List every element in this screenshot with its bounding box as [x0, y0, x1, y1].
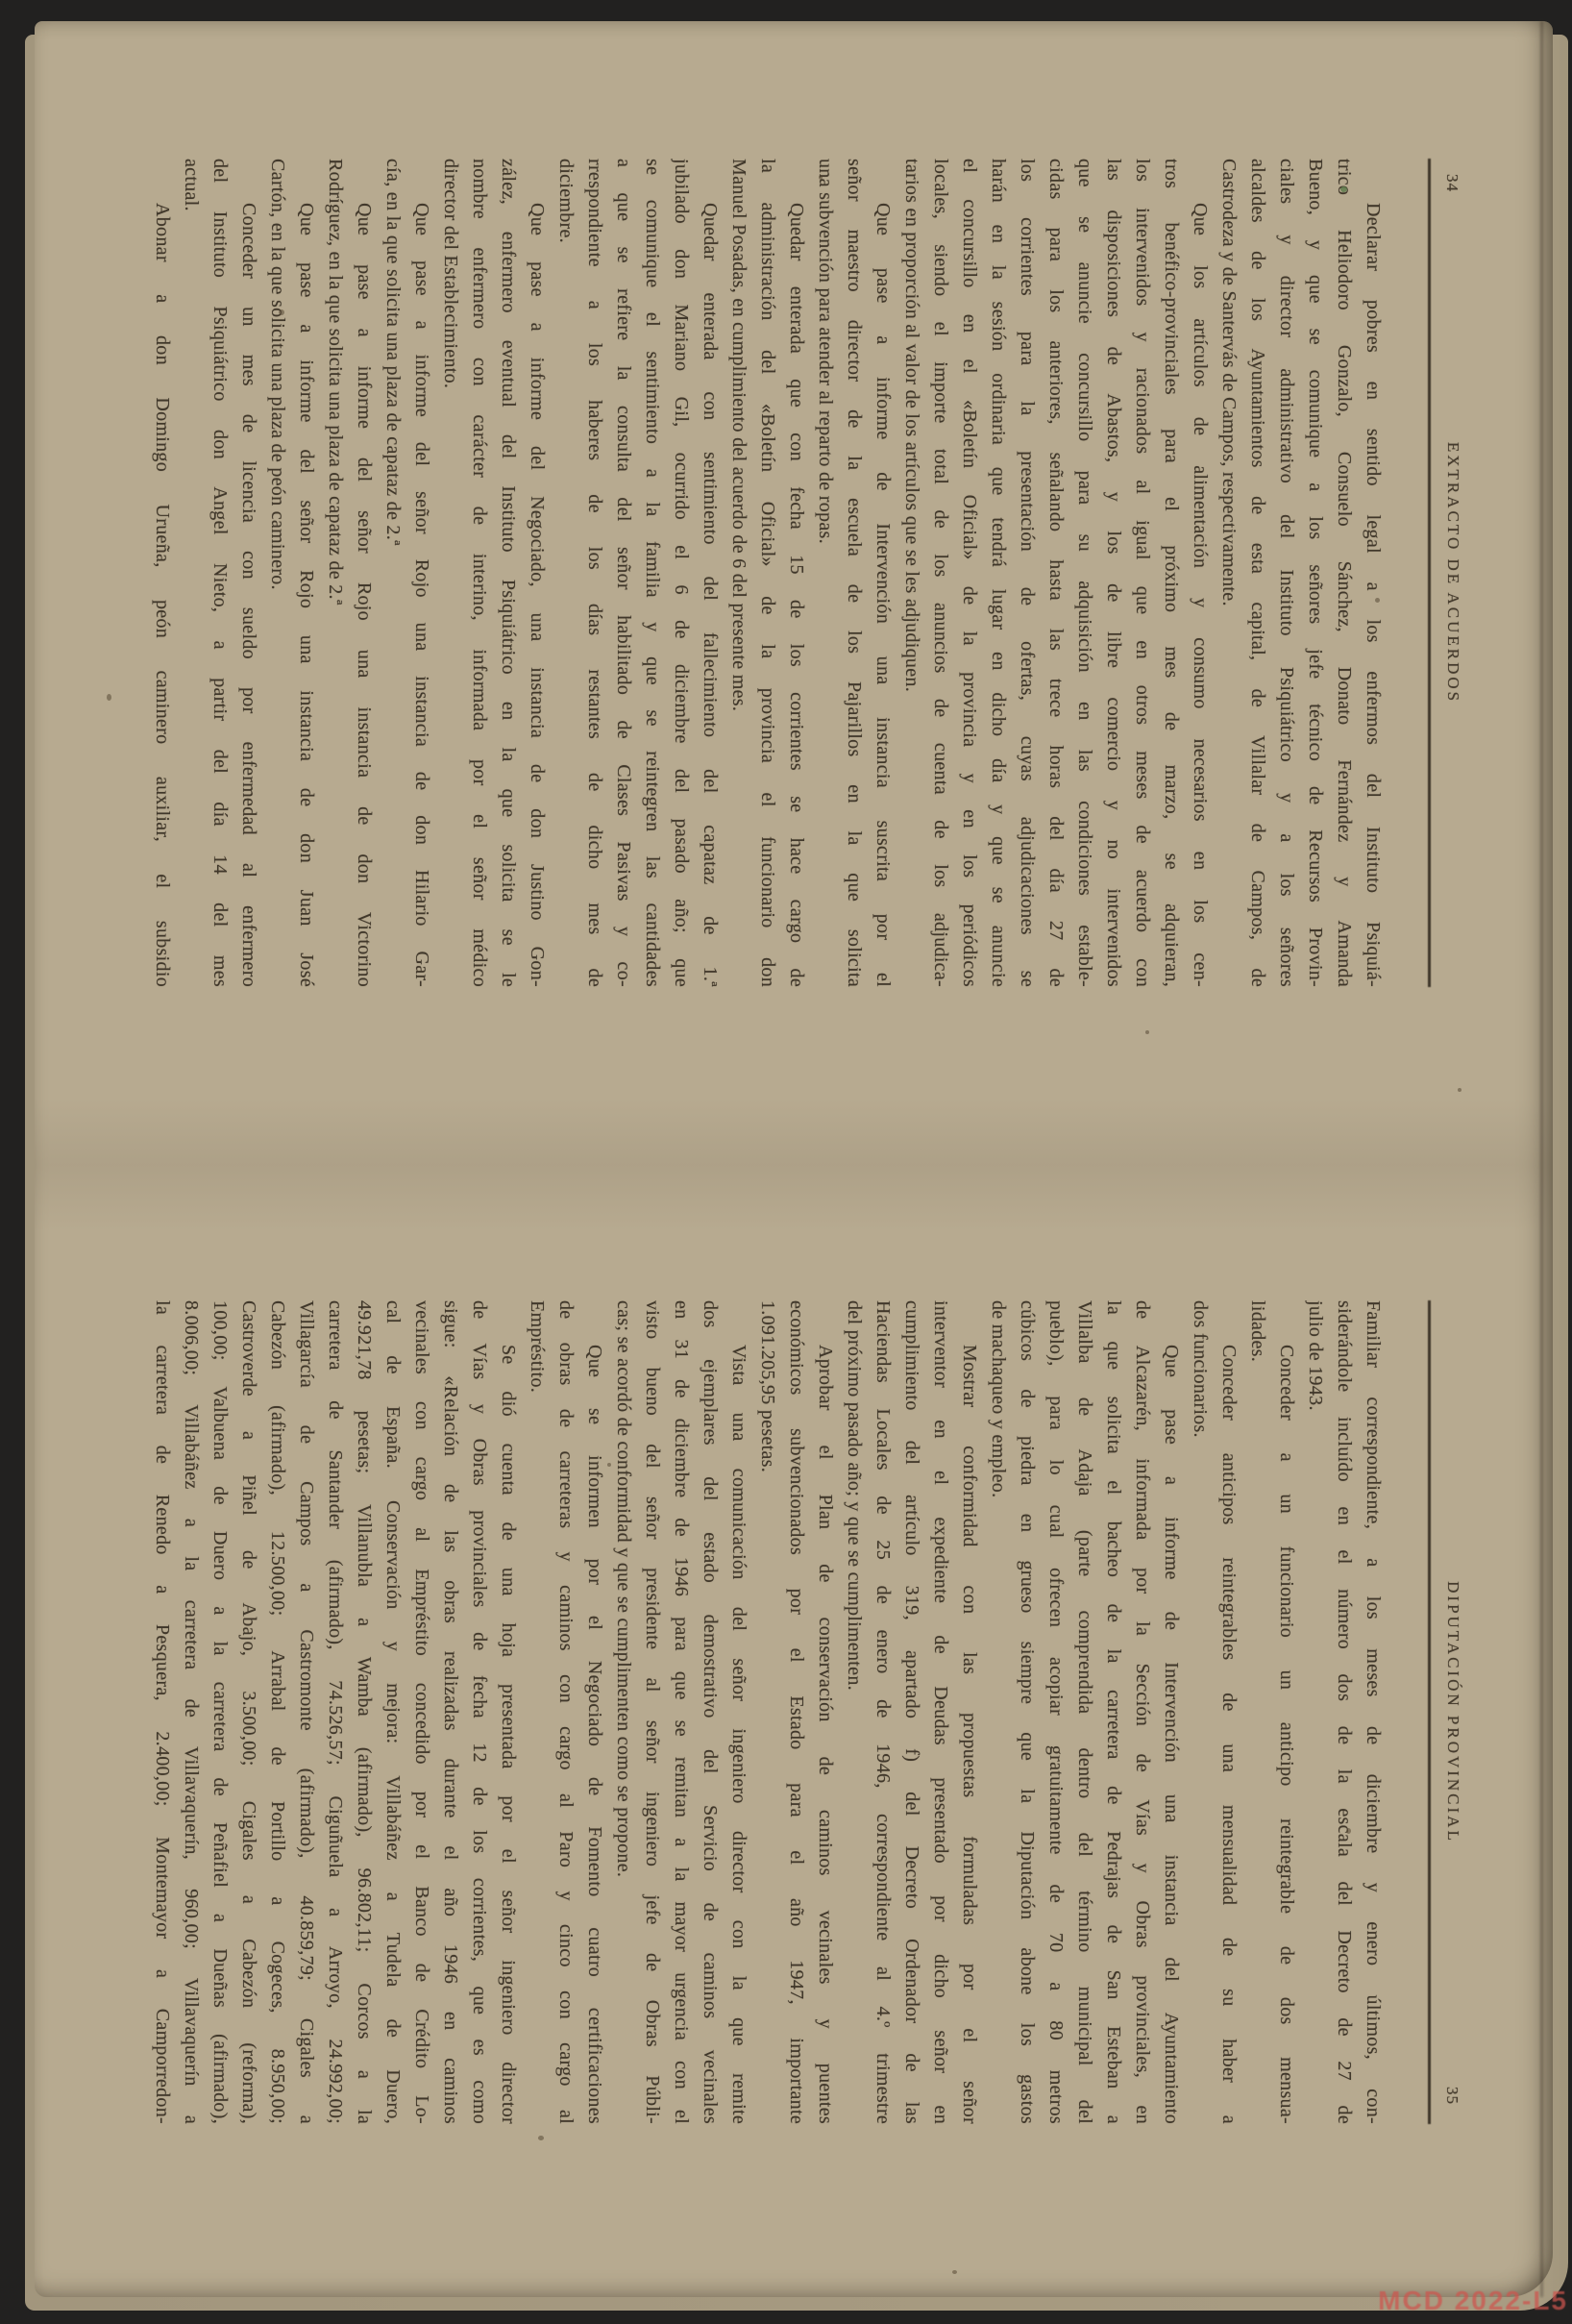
text-line: del próximo pasado año; y que se cumplim… [840, 1300, 869, 2124]
text-line: la carretera de Renedo a Pesquera, 2.400… [148, 1300, 177, 2124]
text-line: de Vías y Obras provinciales de fecha 12… [465, 1300, 494, 2124]
text-line: los intervenidos y racionados al igual q… [1128, 159, 1157, 987]
text-line: zález, enfermero eventual del Instituto … [494, 159, 523, 987]
text-line: locales, siendo el importe total de los … [926, 159, 955, 987]
text-line: 1.091.205,95 pesetas. [753, 1300, 782, 2124]
running-title-extracto: EXTRACTO DE ACUERDOS [1444, 442, 1462, 704]
paper-speck [1346, 1828, 1351, 1834]
text-line: diciembre. [552, 159, 580, 987]
text-line: Villalba de Adaja (parte comprendida den… [1070, 1300, 1099, 2124]
text-line: la que solicita el bacheo de la carreter… [1099, 1300, 1128, 2124]
text-line: cumplimiento del artículo 319, apartado … [897, 1300, 926, 2124]
text-line: jubilado don Mariano Gil, ocurrido el 6 … [667, 159, 696, 987]
text-line: pueblo), para lo cual ofrecen acopiar gr… [1042, 1300, 1070, 2124]
text-line: Se dió cuenta de una hoja presentada por… [494, 1300, 523, 2124]
text-line: actual. [177, 159, 206, 987]
text-line: Que se informen por el Negociado de Fome… [580, 1300, 609, 2124]
text-line: Villagarcía de Campos a Castromonte (afi… [292, 1300, 321, 2124]
text-line: las disposiciones de Abastos, y los de l… [1099, 159, 1128, 987]
paper-speck [819, 175, 823, 180]
paper-speck [1458, 1088, 1461, 1092]
text-line: Quedar enterada que con fecha 15 de los … [782, 159, 811, 987]
book-spread-rotated: 34 EXTRACTO DE ACUERDOS Declarar pobres … [0, 0, 1572, 2324]
text-line: dos ejemplares del estado demostrativo d… [696, 1300, 725, 2124]
text-line: 100,00; Valbuena de Duero a la carretera… [206, 1300, 234, 2124]
text-line: del Instituto Psiquiátrico don Angel Nie… [206, 159, 234, 987]
text-line: Que pase a informe del Negociado, una in… [523, 159, 552, 987]
text-line: Declarar pobres en sentido legal a los e… [1359, 159, 1388, 987]
text-line: vecinales con cargo al Empréstito conced… [407, 1300, 436, 2124]
page-number-34: 34 [1442, 174, 1461, 192]
header-rule-34 [1428, 159, 1431, 987]
page-34-header: 34 EXTRACTO DE ACUERDOS [1437, 159, 1462, 987]
text-line: visto bueno del señor presidente al seño… [638, 1300, 667, 2124]
text-line: Que pase a informe del señor Rojo una in… [407, 159, 436, 987]
page-gutter-shadow [35, 1098, 1553, 1232]
text-line: cal de España. Conservación y mejora: Vi… [379, 1300, 407, 2124]
text-line: Conceder a un funcionario un anticipo re… [1272, 1300, 1301, 2124]
running-title-diputacion: DIPUTACIÓN PROVINCIAL [1444, 1581, 1462, 1843]
text-line: cúbicos de piedra en grueso siempre que … [1013, 1300, 1042, 2124]
text-line: de machaqueo y empleo. [984, 1300, 1013, 2124]
text-line: trico Heliodoro Gonzalo, Consuelo Sánche… [1330, 159, 1359, 987]
digitization-watermark: MCD 2022-L5 [1378, 2286, 1568, 2316]
text-line: Mostrar conformidad con las propuestas f… [955, 1300, 984, 2124]
text-line: Familiar correspondiente, a los meses de… [1359, 1300, 1388, 2124]
text-line: en 31 de diciembre de 1946 para que se r… [667, 1300, 696, 2124]
text-line: nombre enfermero con carácter de interin… [465, 159, 494, 987]
text-line: económicos subvencionados por el Estado … [782, 1300, 811, 2124]
text-line: director del Establecimiento. [436, 159, 465, 987]
text-line: cidas para los anteriores, señalando has… [1042, 159, 1070, 987]
page-35-text-block: Familiar correspondiente, a los meses de… [148, 1300, 1388, 2124]
text-line: alcaldes de los Ayuntamientos de esta ca… [1243, 159, 1272, 987]
page-34-text-block: Declarar pobres en sentido legal a los e… [148, 159, 1388, 987]
text-line: Aprobar el Plan de conservación de camin… [811, 1300, 840, 2124]
page-number-35: 35 [1442, 2087, 1461, 2105]
text-line: harán en la sesión ordinaria que tendrá … [984, 159, 1013, 987]
text-line: los corrientes para la presentación de o… [1013, 159, 1042, 987]
text-line: lidades. [1243, 1300, 1272, 2124]
text-line: cas; se acordó de conformidad y que se c… [609, 1300, 638, 2124]
text-line: Castrodeza y de Santervás de Campos, res… [1215, 159, 1243, 987]
paper-speck [952, 2270, 957, 2274]
text-line: Conceder anticipos reintegrables de una … [1215, 1300, 1243, 2124]
text-line: Empréstito. [523, 1300, 552, 2124]
text-line: Abonar a don Domingo Urueña, peón camine… [148, 159, 177, 987]
text-line: rrespondiente a los haberes de los días … [580, 159, 609, 987]
text-line: que se anuncie concursillo para su adqui… [1070, 159, 1099, 987]
text-line: Que pase a informe del señor Rojo una in… [292, 159, 321, 987]
paper-speck [107, 694, 111, 701]
text-line: Manuel Posadas, en cumplimiento del acue… [725, 159, 753, 987]
text-line: Conceder un mes de licencia con sueldo p… [234, 159, 263, 987]
text-line: carretera de Santander (afirmado), 74.52… [321, 1300, 350, 2124]
text-line: julio de 1943. [1301, 1300, 1330, 2124]
paper-sheet: 34 EXTRACTO DE ACUERDOS Declarar pobres … [35, 21, 1553, 2297]
text-line: señor maestro director de la escuela de … [840, 159, 869, 987]
header-rule-35 [1428, 1300, 1431, 2124]
text-line: Que los artículos de alimentación y cons… [1186, 159, 1215, 987]
paper-speck [1340, 186, 1347, 192]
paper-speck [1145, 1030, 1149, 1034]
text-line: una subvención para atender al reparto d… [811, 159, 840, 987]
text-line: Haciendas Locales de 25 de enero de 1946… [869, 1300, 897, 2124]
text-line: tarios en proporción al valor de los art… [897, 159, 926, 987]
text-line: Que pase a informe del señor Rojo una in… [350, 159, 379, 987]
text-line: de obras de carreteras y caminos con car… [552, 1300, 580, 2124]
text-line: Que pase a informe de Intervención una i… [1157, 1300, 1186, 2124]
text-line: Vista una comunicación del señor ingenie… [725, 1300, 753, 2124]
text-line: Que pase a informe de Intervención una i… [869, 159, 897, 987]
paper-speck [538, 2136, 544, 2140]
text-line: sigue: «Relación de las obras realizadas… [436, 1300, 465, 2124]
paper-speck [1375, 598, 1380, 603]
text-line: siderándole incluído en el número dos de… [1330, 1300, 1359, 2124]
paper-speck [607, 1463, 611, 1467]
text-line: 49.921,78 pesetas; Villanubla a Wamba (a… [350, 1300, 379, 2124]
text-line: Cabezón (afirmado), 12.500,00; Arrabal d… [263, 1300, 292, 2124]
text-line: a que se refiere la consulta del señor h… [609, 159, 638, 987]
text-line: Quedar enterada con sentimiento del fall… [696, 159, 725, 987]
text-line: dos funcionarios. [1186, 1300, 1215, 2124]
text-line: 8.006,00; Villabáñez a la carretera de V… [177, 1300, 206, 2124]
text-line: Castroverde a Piñel de Abajo, 3.500,00; … [234, 1300, 263, 2124]
paper-speck [279, 309, 284, 315]
text-line: de Alcazarén, informada por la Sección d… [1128, 1300, 1157, 2124]
text-line: el concursillo en el «Boletín Oficial» d… [955, 159, 984, 987]
text-line: interventor en el expediente de Deudas p… [926, 1300, 955, 2124]
scanned-document-screenshot: 34 EXTRACTO DE ACUERDOS Declarar pobres … [0, 0, 1572, 2324]
text-line: tros benéfico-provinciales para el próxi… [1157, 159, 1186, 987]
text-line: Bueno, y que se comunique a los señores … [1301, 159, 1330, 987]
text-line: cía, en la que solicita una plaza de cap… [379, 159, 407, 987]
text-line: la administración del «Boletín Oficial» … [753, 159, 782, 987]
text-line: se comunique el sentimiento a la familia… [638, 159, 667, 987]
text-line: ciales y director administrativo del Ins… [1272, 159, 1301, 987]
text-line: Rodríguez, en la que solicita una plaza … [321, 159, 350, 987]
text-line: Cartón, en la que solicita una plaza de … [263, 159, 292, 987]
page-35-header: DIPUTACIÓN PROVINCIAL 35 [1437, 1300, 1462, 2124]
